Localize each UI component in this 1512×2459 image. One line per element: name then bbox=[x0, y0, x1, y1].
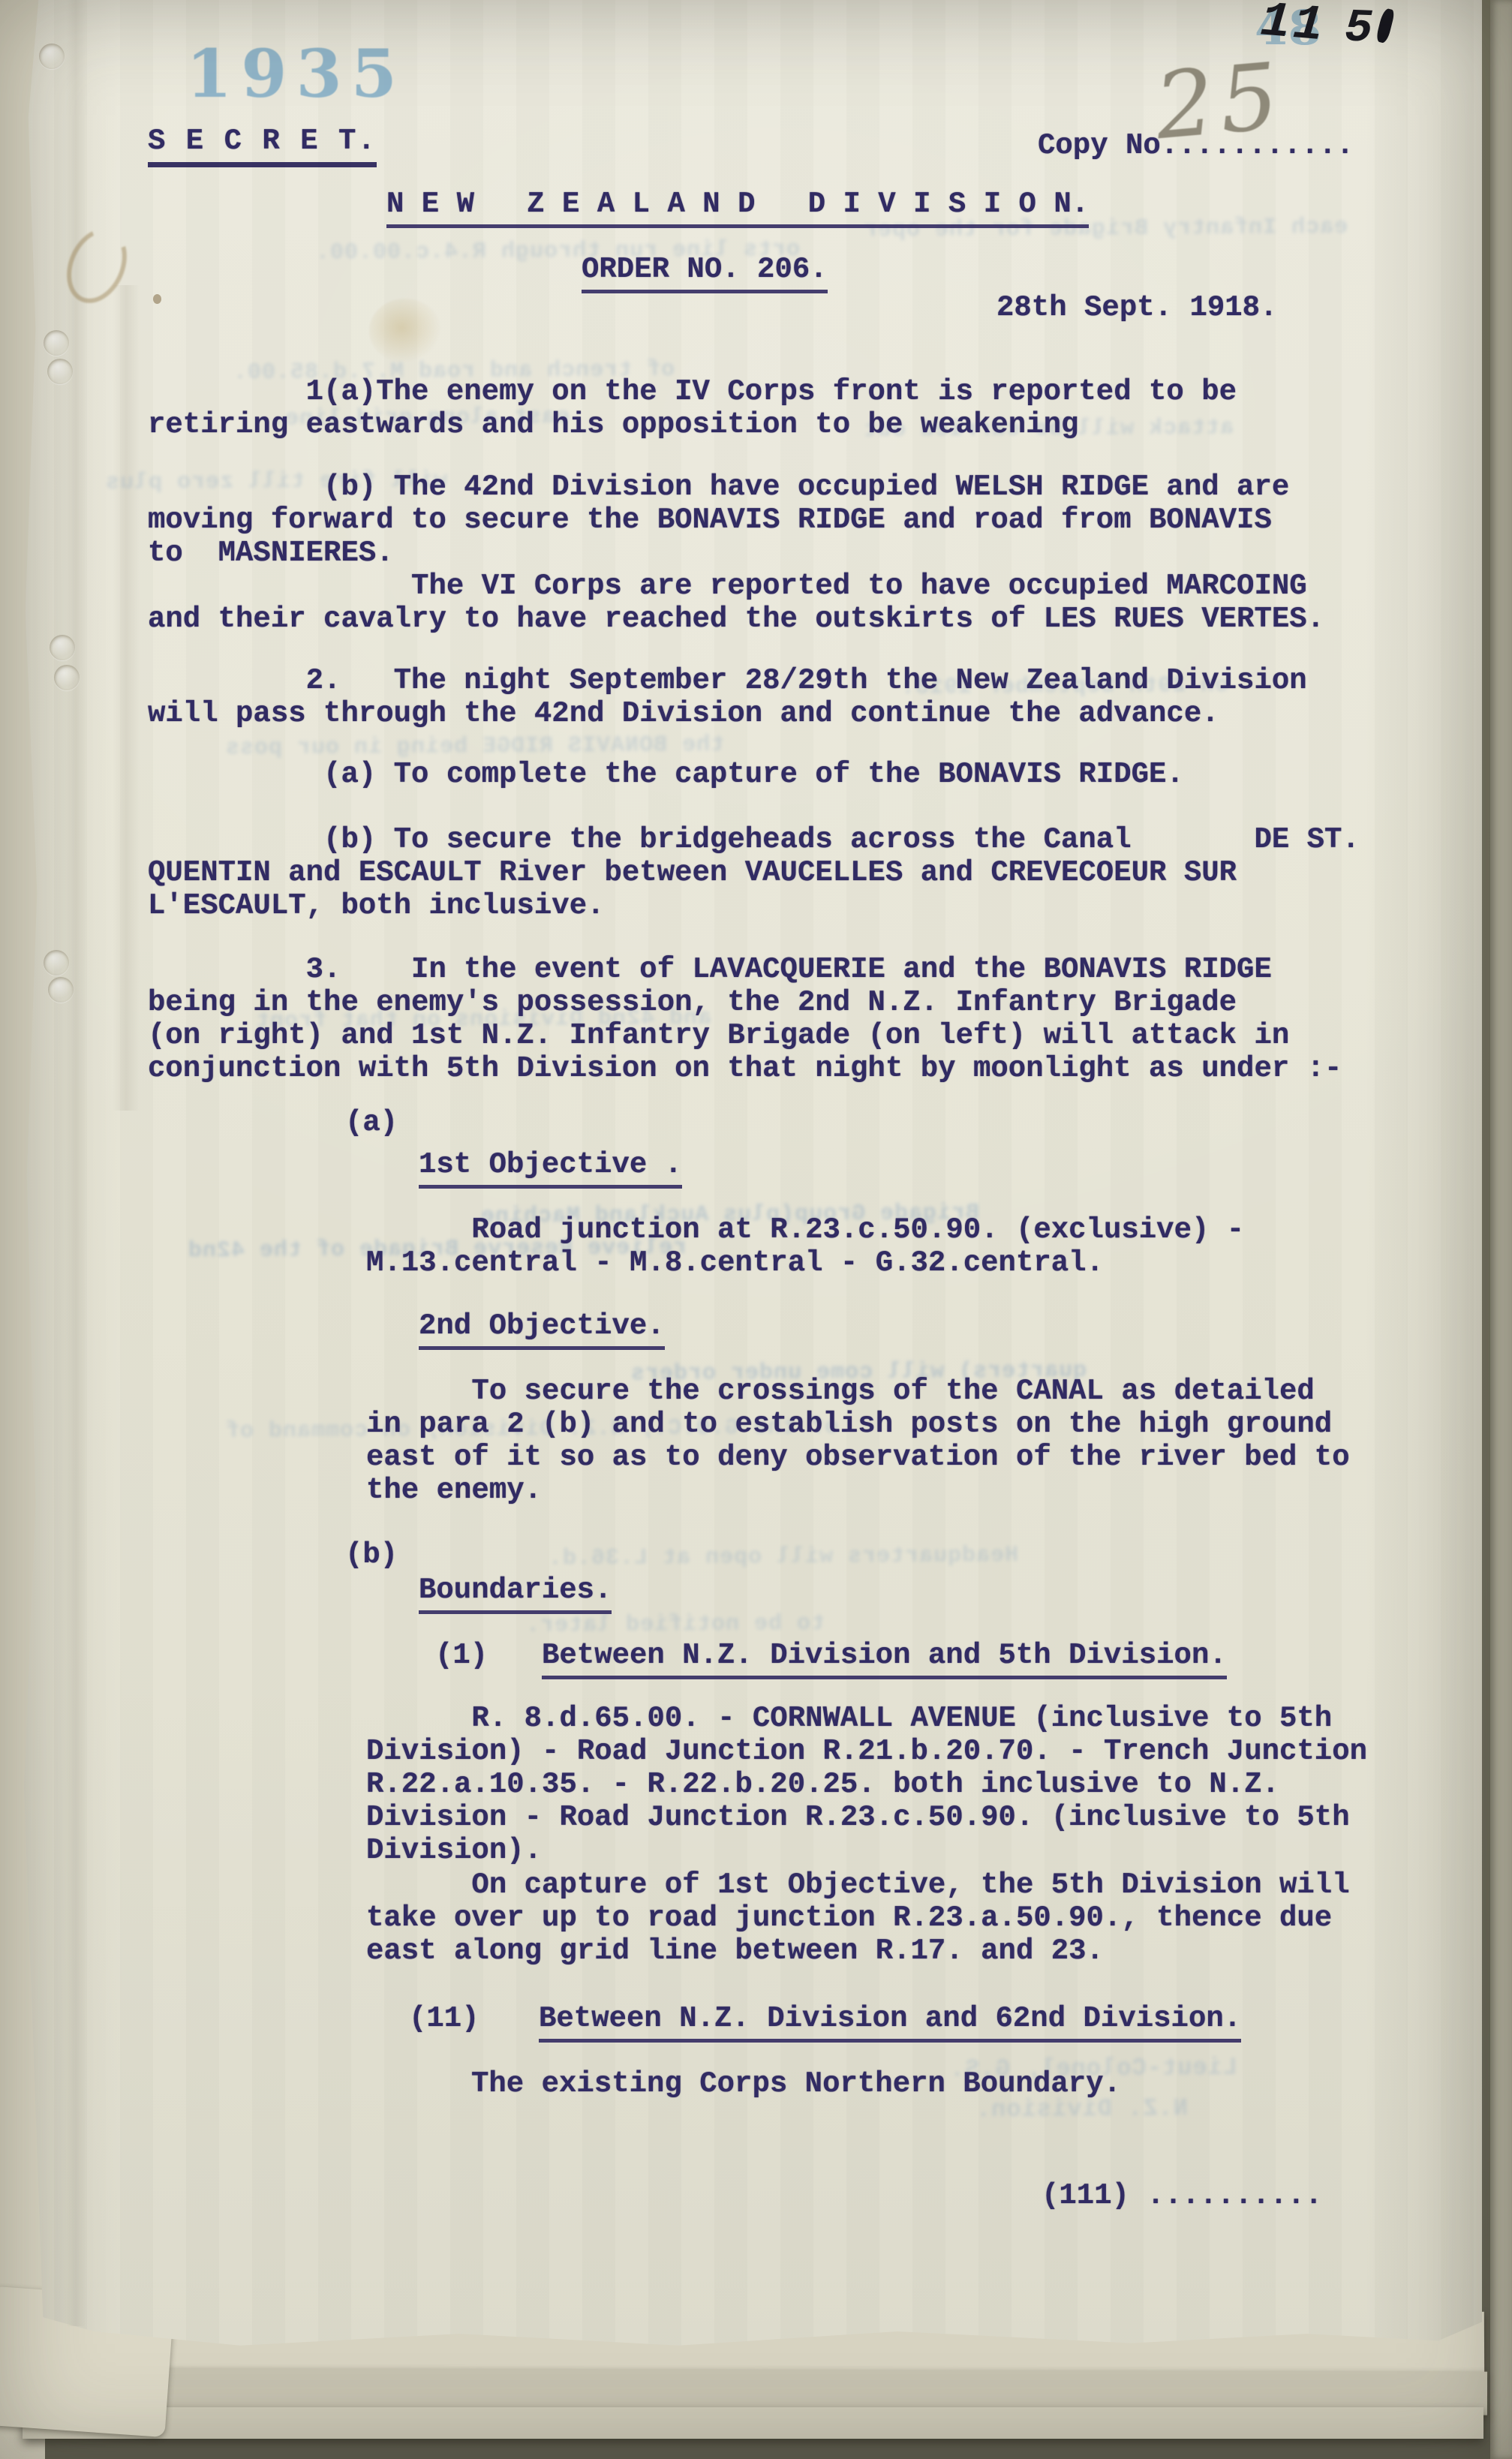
para-2: 2. The night September 28/29th the New Z… bbox=[148, 664, 1307, 730]
boundaries-heading: Boundaries. bbox=[419, 1574, 612, 1607]
para-3: 3. In the event of LAVACQUERIE and the B… bbox=[148, 953, 1342, 1085]
bleedthrough-ghost: the BONAVIS RIDGE being in our poss bbox=[225, 732, 724, 762]
punch-hole bbox=[39, 44, 65, 69]
boundary-i-body-continued: On capture of 1st Objective, the 5th Div… bbox=[366, 1868, 1350, 1968]
order-number-text: ORDER NO. 206. bbox=[582, 253, 828, 293]
page-catchword: (111) .......... bbox=[1042, 2179, 1322, 2212]
first-objective-body: Road junction at R.23.c.50.90. (exclusiv… bbox=[366, 1213, 1244, 1279]
copy-number-line: Copy No........... bbox=[1038, 129, 1354, 162]
paper-crease bbox=[113, 285, 140, 1111]
para-2a: (a) To complete the capture of the BONAV… bbox=[148, 758, 1184, 791]
under-sheet-bottom-3 bbox=[23, 2407, 1483, 2439]
subpara-a-label: (a) bbox=[345, 1106, 398, 1139]
classification-secret: S E C R E T. bbox=[148, 125, 377, 158]
second-objective-body: To secure the crossings of the CANAL as … bbox=[366, 1375, 1350, 1507]
punch-hole bbox=[54, 665, 80, 690]
boundary-ii-label: (11) bbox=[409, 2002, 479, 2035]
para-2b: (b) To secure the bridgeheads across the… bbox=[148, 823, 1360, 922]
document-date: 28th Sept. 1918. bbox=[996, 291, 1277, 324]
para-1b-continued: The VI Corps are reported to have occupi… bbox=[148, 570, 1324, 636]
title-text: N E W Z E A L A N D D I V I S I O N. bbox=[386, 188, 1089, 228]
document-page bbox=[21, 0, 1482, 2350]
boundary-ii-heading: Between N.Z. Division and 62nd Division. bbox=[539, 2002, 1241, 2035]
punch-hole bbox=[44, 330, 69, 356]
year-stamp: 1935 bbox=[186, 35, 406, 113]
subpara-b-label: (b) bbox=[345, 1538, 398, 1571]
bleedthrough-ghost: to be notified later. bbox=[525, 1611, 825, 1639]
boundary-i-text: Between N.Z. Division and 5th Division. bbox=[542, 1639, 1227, 1679]
punch-hole bbox=[47, 359, 73, 384]
document-scan: each Infantry Brigade for the oper orts … bbox=[0, 0, 1512, 2459]
boundary-i-heading: Between N.Z. Division and 5th Division. bbox=[542, 1639, 1227, 1672]
para-1b: (b) The 42nd Division have occupied WELS… bbox=[148, 470, 1289, 570]
classification-text: S E C R E T. bbox=[148, 125, 377, 167]
para-1a: 1(a)The enemy on the IV Corps front is r… bbox=[148, 375, 1237, 441]
under-sheet-right-edge bbox=[1490, 0, 1512, 2459]
boundary-i-label: (1) bbox=[435, 1639, 488, 1672]
boundary-ii-body: The existing Corps Northern Boundary. bbox=[471, 2067, 1121, 2100]
punch-hole bbox=[44, 950, 69, 975]
ink-dot bbox=[153, 294, 161, 304]
glue-stain bbox=[369, 299, 441, 363]
order-number: ORDER NO. 206. bbox=[582, 253, 828, 286]
first-objective-heading: 1st Objective . bbox=[419, 1148, 682, 1181]
boundaries-text: Boundaries. bbox=[419, 1574, 612, 1614]
paper-crease bbox=[66, 0, 86, 2326]
punch-hole bbox=[50, 635, 75, 660]
boundary-i-body: R. 8.d.65.00. - CORNWALL AVENUE (inclusi… bbox=[366, 1702, 1367, 1867]
boundary-ii-text: Between N.Z. Division and 62nd Division. bbox=[539, 2002, 1241, 2043]
bleedthrough-ghost: Headquarters will open at L.36.d. bbox=[548, 1543, 1018, 1571]
second-objective-text: 2nd Objective. bbox=[419, 1309, 665, 1350]
ink-scribble-mark: 5 bbox=[1344, 1, 1374, 55]
punch-hole bbox=[48, 977, 74, 1003]
document-title: N E W Z E A L A N D D I V I S I O N. bbox=[386, 188, 1089, 221]
first-objective-text: 1st Objective . bbox=[419, 1148, 682, 1189]
second-objective-heading: 2nd Objective. bbox=[419, 1309, 665, 1342]
